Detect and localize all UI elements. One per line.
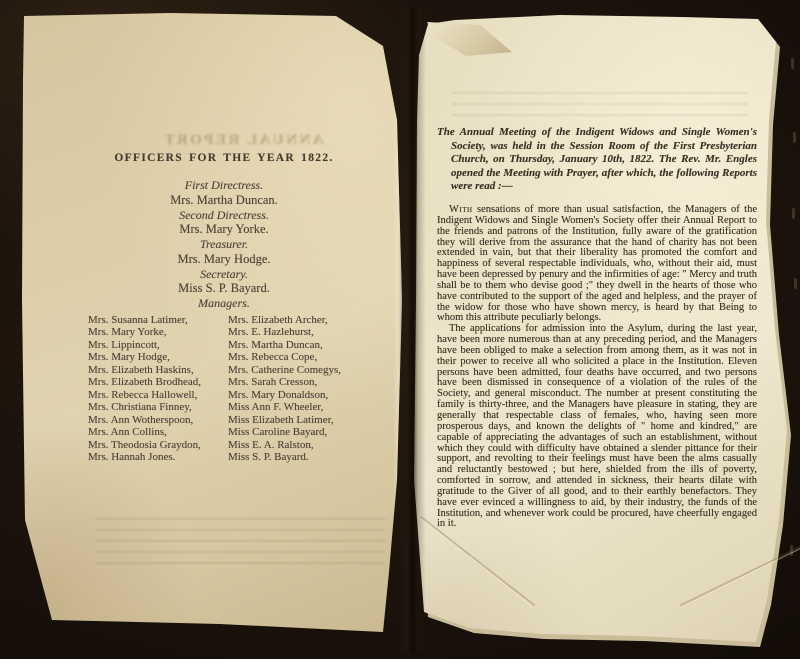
- left-page: ANNUAL REPORT OFFICERS FOR THE YEAR 1822…: [20, 12, 405, 637]
- managers-column-left: Mrs. Susanna Latimer, Mrs. Mary Yorke, M…: [88, 314, 228, 463]
- manager-name: Mrs. Susanna Latimer,: [88, 314, 228, 326]
- right-page-content: The Annual Meeting of the Indigent Widow…: [437, 126, 757, 530]
- officer-role: Treasurer.: [88, 238, 360, 252]
- page-curl-highlight: [393, 20, 404, 624]
- binding-stitch: [793, 132, 796, 143]
- manager-name: Mrs. Christiana Finney,: [88, 401, 228, 413]
- manager-name: Mrs. Ann Wotherspoon,: [88, 414, 228, 426]
- manager-name: Mrs. Ann Collins,: [88, 426, 228, 438]
- manager-name: Mrs. Catherine Comegys,: [228, 364, 360, 376]
- officer-entry: Treasurer. Mrs. Mary Hodge.: [88, 238, 360, 266]
- officer-name: Mrs. Mary Yorke.: [88, 222, 360, 236]
- officer-name: Miss S. P. Bayard.: [88, 281, 360, 295]
- right-page: The Annual Meeting of the Indigent Widow…: [408, 10, 800, 659]
- manager-name: Miss S. P. Bayard.: [228, 451, 360, 463]
- officer-role: First Directress.: [88, 179, 360, 193]
- manager-name: Mrs. Rebecca Cope,: [228, 351, 360, 363]
- paragraph-lead: With: [449, 204, 473, 215]
- meeting-intro: The Annual Meeting of the Indigent Widow…: [437, 126, 757, 194]
- paragraph-text: The applications for admission into the …: [437, 323, 757, 529]
- book-scan: ANNUAL REPORT OFFICERS FOR THE YEAR 1822…: [0, 0, 800, 659]
- manager-name: Mrs. Elizabeth Brodhead,: [88, 376, 228, 388]
- manager-name: Mrs. Hannah Jones.: [88, 451, 228, 463]
- officer-name: Mrs. Martha Duncan.: [88, 193, 360, 207]
- manager-name: Mrs. Mary Hodge,: [88, 351, 228, 363]
- manager-name: Mrs. E. Hazlehurst,: [228, 326, 360, 338]
- manager-name: Mrs. Rebecca Hallowell,: [88, 389, 228, 401]
- officer-role: Secretary.: [88, 268, 360, 282]
- officer-entry: First Directress. Mrs. Martha Duncan.: [88, 179, 360, 207]
- report-paragraph: With sensations of more than usual satis…: [437, 205, 757, 324]
- officer-entry: Secretary. Miss S. P. Bayard.: [88, 268, 360, 296]
- managers-list: Mrs. Susanna Latimer, Mrs. Mary Yorke, M…: [88, 314, 360, 463]
- ghost-showthrough-lines: [95, 518, 385, 566]
- left-page-content: OFFICERS FOR THE YEAR 1822. First Direct…: [88, 152, 360, 463]
- manager-name: Mrs. Mary Donaldson,: [228, 389, 360, 401]
- manager-name: Mrs. Mary Yorke,: [88, 326, 228, 338]
- manager-name: Mrs. Theodosia Graydon,: [88, 439, 228, 451]
- binding-stitch: [792, 208, 795, 219]
- managers-column-right: Mrs. Elizabeth Archer, Mrs. E. Hazlehurs…: [228, 314, 360, 463]
- binding-stitch: [791, 58, 794, 69]
- manager-name: Mrs. Elizabeth Archer,: [228, 314, 360, 326]
- managers-heading: Managers.: [88, 297, 360, 310]
- paragraph-text: sensations of more than usual satisfacti…: [437, 204, 757, 323]
- officer-name: Mrs. Mary Hodge.: [88, 252, 360, 266]
- report-paragraph: The applications for admission into the …: [437, 324, 757, 530]
- officers-header: OFFICERS FOR THE YEAR 1822.: [88, 152, 360, 164]
- officer-role: Second Directress.: [88, 209, 360, 223]
- manager-name: Miss Caroline Bayard,: [228, 426, 360, 438]
- officer-entry: Second Directress. Mrs. Mary Yorke.: [88, 209, 360, 237]
- manager-name: Mrs. Sarah Cresson,: [228, 376, 360, 388]
- manager-name: Miss Ann F. Wheeler,: [228, 401, 360, 413]
- ghost-showthrough-lines: [452, 92, 748, 124]
- manager-name: Mrs. Lippincott,: [88, 339, 228, 351]
- manager-name: Miss Elizabeth Latimer,: [228, 414, 360, 426]
- binding-stitch: [794, 278, 797, 289]
- manager-name: Miss E. A. Ralston,: [228, 439, 360, 451]
- manager-name: Mrs. Elizabeth Haskins,: [88, 364, 228, 376]
- manager-name: Mrs. Martha Duncan,: [228, 339, 360, 351]
